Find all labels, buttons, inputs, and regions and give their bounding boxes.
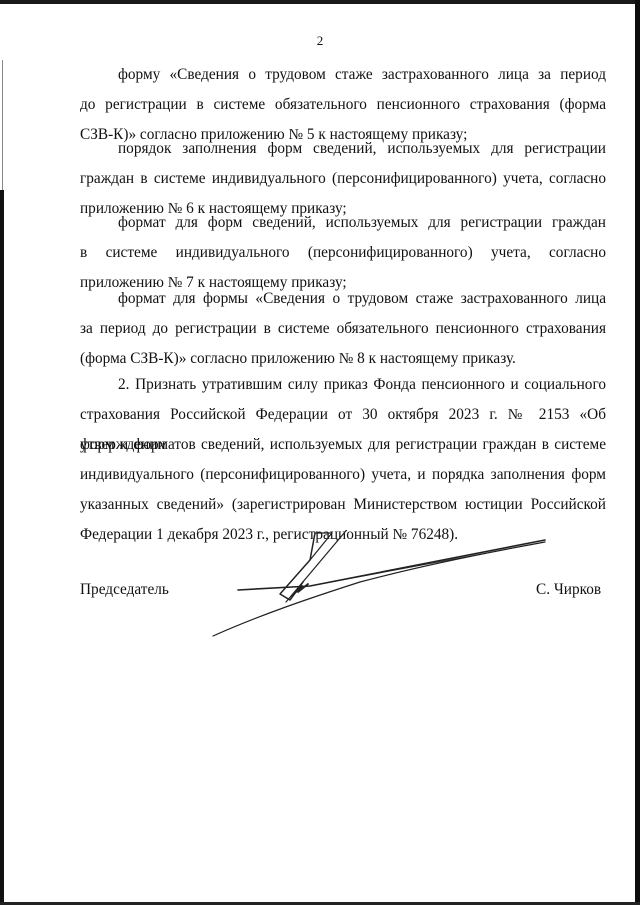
text-line: формат для формы «Сведения о трудовом ст…: [80, 284, 606, 314]
handwritten-signature-icon: [200, 530, 560, 650]
text-line: граждан в системе индивидуального (персо…: [80, 164, 606, 194]
text-line: до регистрации в системе обязательного п…: [80, 90, 606, 120]
text-line: страхования Российской Федерации от 30 о…: [80, 400, 606, 430]
text-line: форм и форматов сведений, используемых д…: [80, 430, 606, 460]
scan-border-right: [635, 0, 640, 905]
text-line: формат для форм сведений, используемых д…: [80, 208, 606, 238]
paragraph-format-szv-k: формат для формы «Сведения о трудовом ст…: [80, 284, 606, 374]
signatory-name: С. Чирков: [536, 581, 601, 599]
signatory-title: Председатель: [80, 581, 169, 599]
scan-border-left-thin: [2, 60, 3, 190]
page-number: 2: [0, 33, 640, 49]
scan-border-left: [0, 190, 4, 905]
text-line: форму «Сведения о трудовом стаже застрах…: [80, 60, 606, 90]
text-line: в системе индивидуального (персонифициро…: [80, 238, 606, 268]
text-line: за период до регистрации в системе обяза…: [80, 314, 606, 344]
text-line: указанных сведений» (зарегистрирован Мин…: [80, 490, 606, 520]
text-line: порядок заполнения форм сведений, исполь…: [80, 134, 606, 164]
text-line: индивидуального (персонифицированного) у…: [80, 460, 606, 490]
scan-border-top: [0, 0, 640, 4]
text-line: 2. Признать утратившим силу приказ Фонда…: [80, 370, 606, 400]
paragraph-repeal-order: 2. Признать утратившим силу приказ Фонда…: [80, 370, 606, 550]
